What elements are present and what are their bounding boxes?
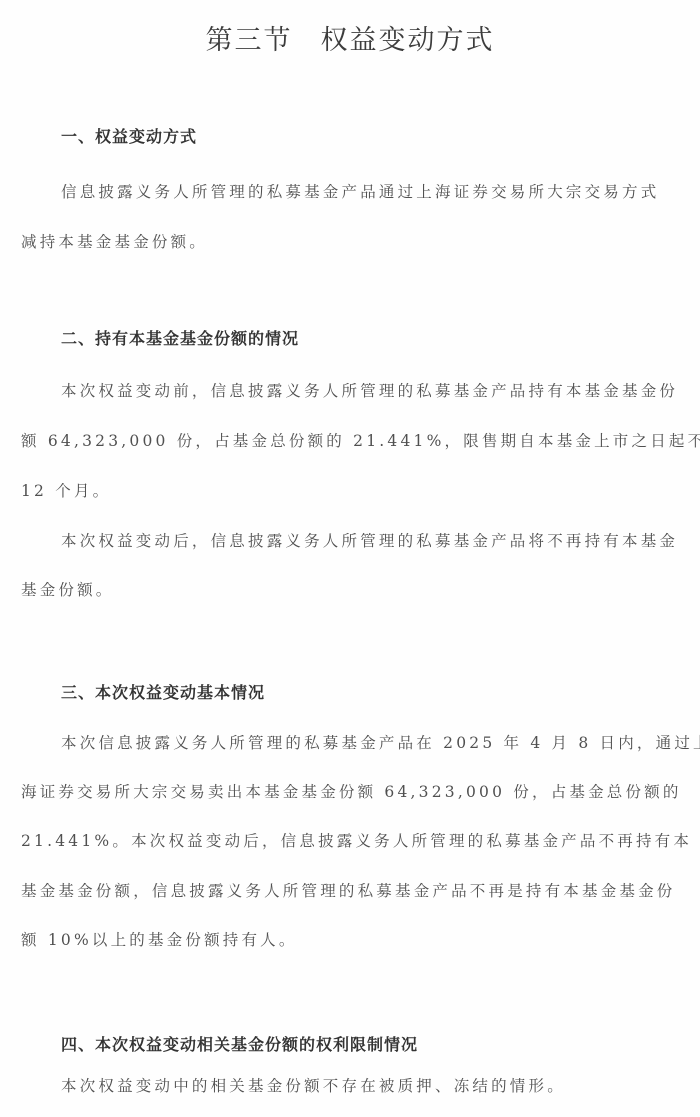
heading-2: 二、持有本基金基金份额的情况	[61, 326, 299, 349]
heading-1: 一、权益变动方式	[61, 124, 197, 147]
paragraph-line: 本次信息披露义务人所管理的私募基金产品在 2025 年 4 月 8 日内，通过上	[61, 731, 700, 753]
paragraph-line: 12 个月。	[21, 479, 111, 501]
paragraph-line: 额 64,323,000 份，占基金总份额的 21.441%，限售期自本基金上市…	[21, 429, 700, 451]
paragraph-line: 额 10%以上的基金份额持有人。	[21, 928, 298, 950]
section-name: 权益变动方式	[321, 25, 495, 56]
paragraph-line: 本次权益变动后，信息披露义务人所管理的私募基金产品将不再持有本基金	[61, 529, 678, 551]
paragraph-line: 21.441%。本次权益变动后，信息披露义务人所管理的私募基金产品不再持有本	[21, 829, 692, 851]
section-number: 第三节	[206, 25, 293, 56]
heading-4: 四、本次权益变动相关基金份额的权利限制情况	[61, 1032, 418, 1055]
paragraph-line: 基金基金份额，信息披露义务人所管理的私募基金产品不再是持有本基金基金份	[21, 879, 676, 901]
document-page: 第三节权益变动方式 一、权益变动方式 信息披露义务人所管理的私募基金产品通过上海…	[0, 0, 700, 1117]
heading-3: 三、本次权益变动基本情况	[61, 680, 265, 703]
paragraph-line: 基金份额。	[21, 578, 115, 600]
paragraph-line: 本次权益变动前，信息披露义务人所管理的私募基金产品持有本基金基金份	[61, 379, 678, 401]
paragraph-line: 海证券交易所大宗交易卖出本基金基金份额 64,323,000 份，占基金总份额的	[21, 780, 682, 802]
paragraph-line: 信息披露义务人所管理的私募基金产品通过上海证券交易所大宗交易方式	[61, 180, 659, 202]
section-title: 第三节权益变动方式	[0, 18, 700, 57]
paragraph-line: 本次权益变动中的相关基金份额不存在被质押、冻结的情形。	[61, 1074, 566, 1096]
paragraph-line: 减持本基金基金份额。	[21, 230, 208, 252]
